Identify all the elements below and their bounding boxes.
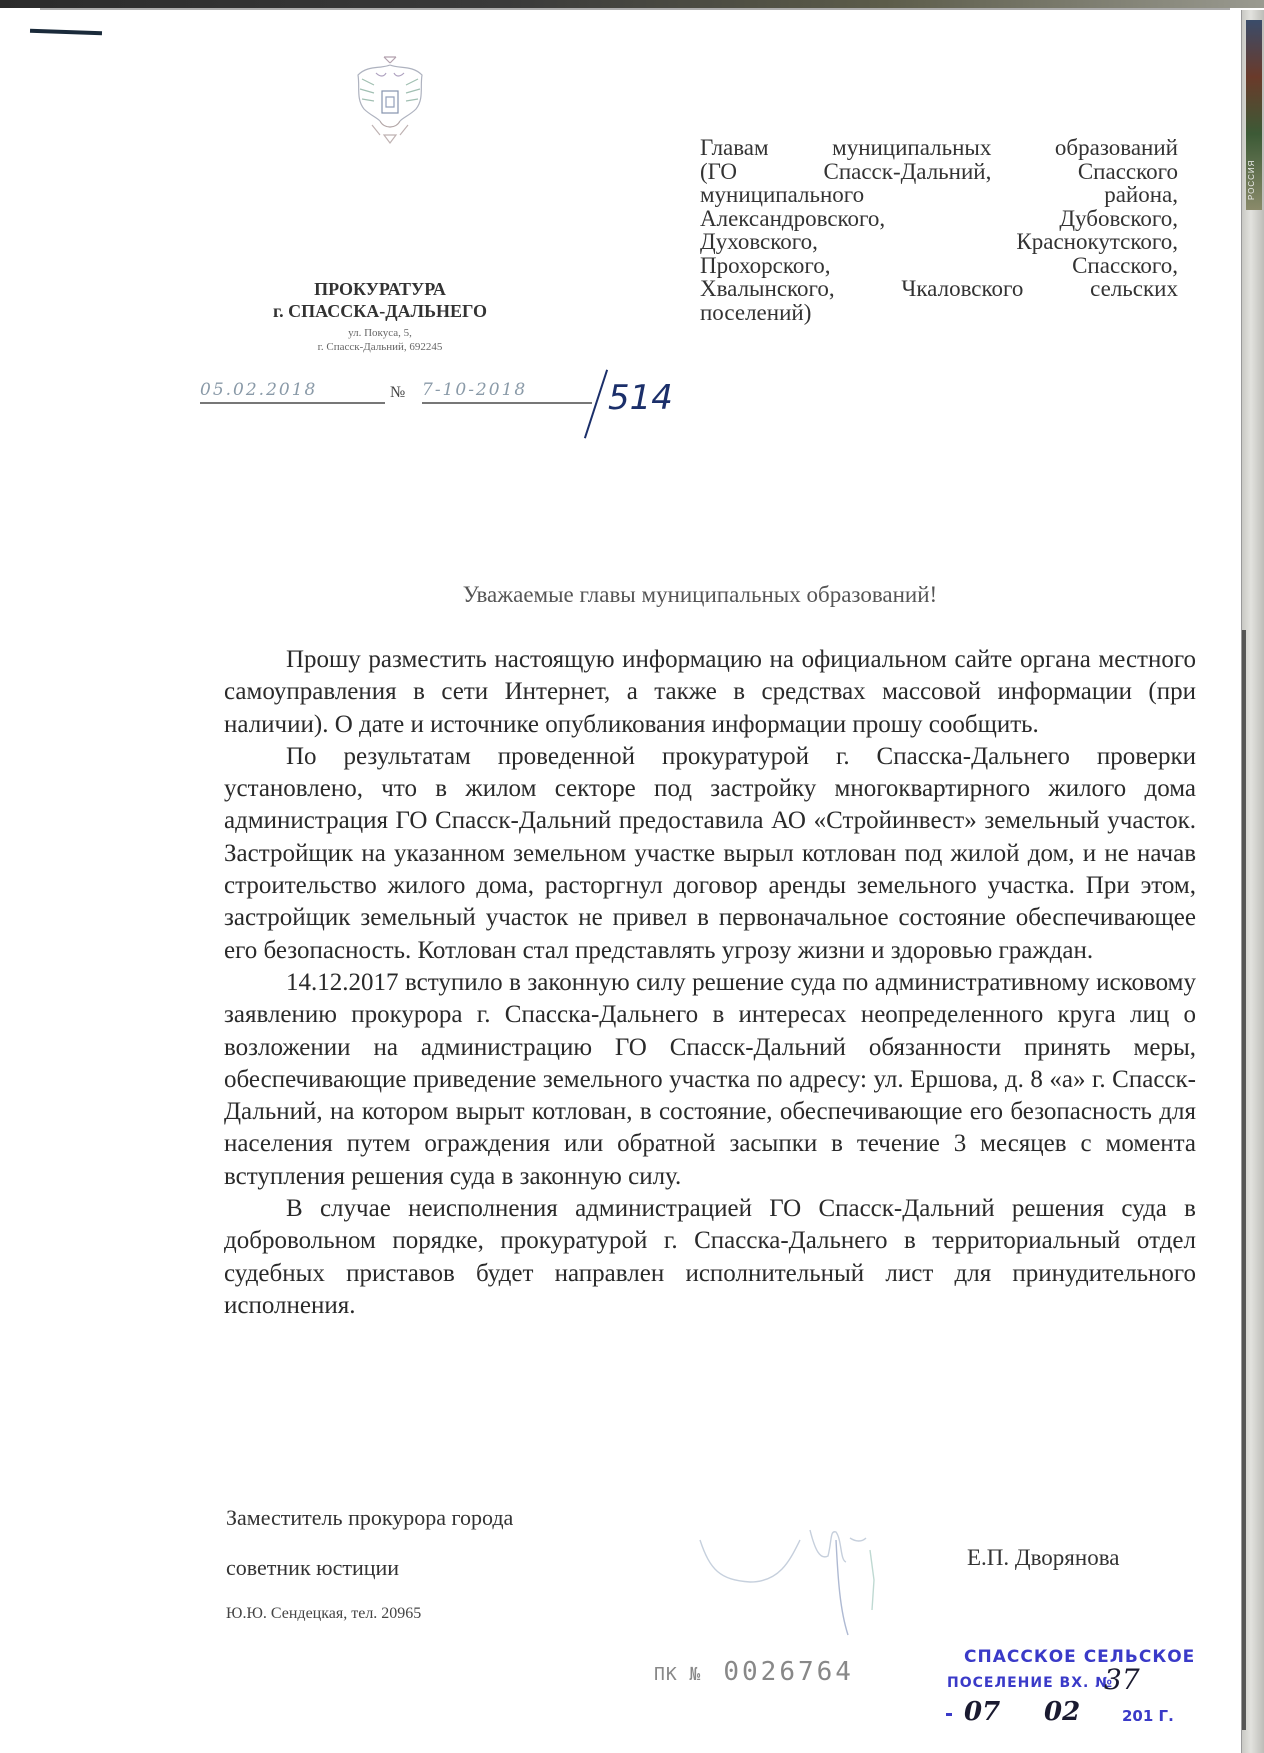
organization-name: ПРОКУРАТУРА	[220, 278, 540, 300]
addressee-line: Духовского, Краснокутского,	[700, 230, 1178, 254]
greeting: Уважаемые главы муниципальных образовани…	[200, 582, 1200, 608]
body-paragraph: В случае неисполнения администрацией ГО …	[224, 1193, 1196, 1322]
handwritten-outgoing-number: 514	[608, 378, 673, 418]
addressee-line: Александровского, Дубовского,	[700, 207, 1178, 231]
corner-pen-mark	[30, 29, 102, 36]
registration-line: 05.02.2018 № 7-10-2018 514	[200, 380, 680, 420]
registration-number: 7-10-2018	[422, 380, 592, 404]
organization-city: г. СПАССКА-ДАЛЬНЕГО	[220, 300, 540, 322]
signatory-name: Е.П. Дворянова	[967, 1545, 1119, 1571]
form-serial-value: 0026764	[723, 1657, 854, 1687]
stamp-incoming-number: 37	[1104, 1663, 1140, 1696]
incoming-registration-stamp: СПАССКОЕ СЕЛЬСКОЕ ПОСЕЛЕНИЕ ВХ. № 37 07 …	[944, 1647, 1174, 1737]
stamp-year: 201 Г.	[1122, 1707, 1174, 1725]
signatory-rank: советник юстиции	[226, 1555, 399, 1581]
form-serial-prefix: ПК №	[654, 1664, 701, 1685]
organization-address-line1: ул. Покуса, 5,	[220, 326, 540, 340]
body-paragraph: Прошу разместить настоящую информацию на…	[224, 644, 1196, 741]
side-tab-label: РОССИЯ	[1247, 80, 1261, 200]
organization-address-line2: г. Спасск-Дальний, 692245	[220, 340, 540, 354]
letter-body: Прошу разместить настоящую информацию на…	[224, 644, 1196, 1322]
body-paragraph: По результатам проведенной прокуратурой …	[224, 741, 1196, 967]
scan-edge-line	[40, 8, 1230, 10]
body-paragraph: 14.12.2017 вступило в законную силу реше…	[224, 967, 1196, 1193]
page-shadow	[1242, 630, 1246, 1730]
stamp-month: 02	[1044, 1697, 1080, 1727]
registration-number-label: №	[390, 384, 405, 402]
form-serial-number: ПК №0026764	[654, 1657, 854, 1687]
addressee-line: (ГО Спасск-Дальний, Спасского	[700, 160, 1178, 184]
addressee-line: Хвалынского, Чкаловского сельских	[700, 277, 1178, 301]
organization-header: ПРОКУРАТУРА г. СПАССКА-ДАЛЬНЕГО ул. Поку…	[220, 278, 540, 354]
coat-of-arms-icon	[350, 55, 430, 147]
addressee-block: Главам муниципальных образований (ГО Спа…	[700, 136, 1178, 324]
addressee-line: муниципального района,	[700, 183, 1178, 207]
stamp-line1: СПАССКОЕ СЕЛЬСКОЕ	[964, 1647, 1195, 1667]
stamp-line2: ПОСЕЛЕНИЕ ВХ. №	[947, 1675, 1113, 1691]
addressee-line: Главам муниципальных образований	[700, 136, 1178, 160]
signatory-title: Заместитель прокурора города	[226, 1505, 513, 1531]
addressee-line: Прохорского, Спасского,	[700, 254, 1178, 278]
addressee-line: поселений)	[700, 301, 1178, 325]
scan-top-edge	[0, 0, 1264, 8]
registration-date: 05.02.2018	[200, 380, 385, 404]
handwritten-signature	[690, 1520, 940, 1640]
executor-contact: Ю.Ю. Сендецкая, тел. 20965	[226, 1605, 421, 1623]
stamp-dash	[946, 1713, 952, 1716]
stamp-day: 07	[964, 1697, 1000, 1727]
